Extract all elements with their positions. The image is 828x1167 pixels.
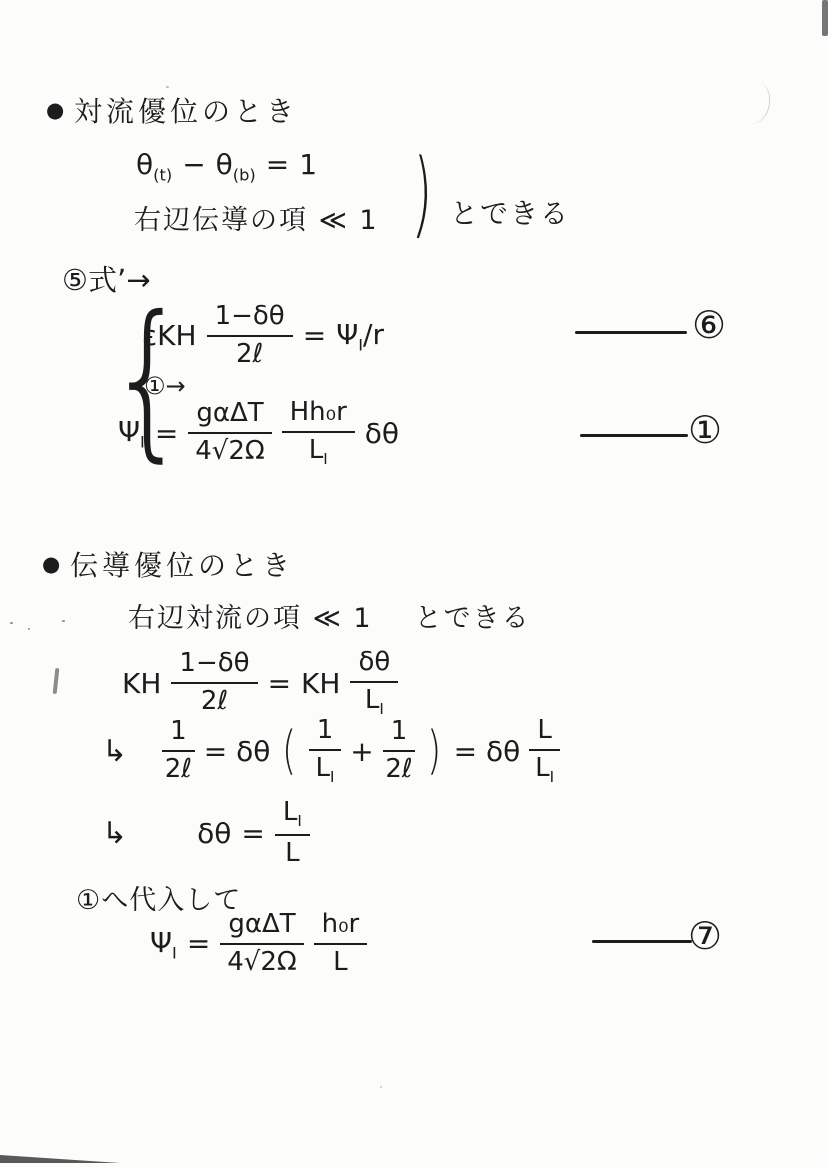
eq1-frac2-den-main: L <box>309 435 324 465</box>
step1-equals-1: = <box>204 735 227 768</box>
ref-dash-7 <box>592 940 692 943</box>
balance-rhs-coef: KH <box>301 667 340 700</box>
group-paren: ) <box>411 139 434 250</box>
step1-fraction-3: 1 2ℓ <box>383 717 416 785</box>
bullet-conduction: ● <box>42 552 60 576</box>
balance-lhs-den: 2ℓ <box>201 684 228 717</box>
step2-num-main: L <box>283 797 298 827</box>
conduction-assumption: 右辺対流の項 ≪ 1 <box>128 596 373 635</box>
scan-speck <box>62 620 65 622</box>
step1-f1-num: 1 <box>162 717 195 752</box>
conduction-assumption-line: 右辺対流の項 ≪ 1 とできる <box>128 596 531 635</box>
handwritten-note-page: ● 対流優位のとき θ(t)−θ(b)=1 右辺伝導の項 ≪ 1 ) とできる … <box>0 0 828 1167</box>
eq1-frac2-num: Hh₀r <box>282 398 355 433</box>
balance-lhs-fraction: 1−δθ 2ℓ <box>171 649 257 717</box>
step1-fraction-1: 1 2ℓ <box>162 717 195 785</box>
equation-1: ΨI = gαΔT 4√2Ω Hh₀r LI δθ <box>118 398 399 468</box>
psi-symbol: Ψ <box>336 318 358 351</box>
step1-equals-2: = <box>454 735 477 768</box>
eq6-equals: = <box>303 319 326 352</box>
minus-sign: − <box>182 148 205 181</box>
step1-fraction-2: 1 LI <box>309 716 342 786</box>
equation-6: εKH 1−δθ 2ℓ = ΨI/r <box>142 302 384 370</box>
close-paren: ) <box>427 721 441 781</box>
ref-number-7: ⑦ <box>688 914 722 958</box>
eq1-frac2-den: LI <box>309 433 328 469</box>
eq1-fraction-2: Hh₀r LI <box>282 398 355 468</box>
step1-coef-2: δθ <box>486 735 520 768</box>
step1-f4-den: LI <box>535 751 554 787</box>
scan-artifact-curve <box>741 80 774 126</box>
theta-bottom: θ <box>216 148 233 181</box>
eq6-psi-term: ΨI/r <box>336 318 384 355</box>
ref-number-1: ① <box>688 408 722 452</box>
eq1-frac1-den: 4√2Ω <box>195 434 265 467</box>
step1-f4-den-sub: I <box>550 768 554 786</box>
theta-top: θ <box>136 148 153 181</box>
derivation-step-2: ↳ δθ = LI L <box>102 798 310 868</box>
value-one: 1 <box>299 148 317 181</box>
step2-num-sub: I <box>297 812 301 830</box>
psi-symbol: Ψ <box>118 415 140 448</box>
step2-fraction: LI L <box>275 798 310 868</box>
step1-f4-num: L <box>529 716 560 751</box>
balance-lhs-coef: KH <box>122 667 161 700</box>
heading-conduction: 伝導優位のとき <box>70 544 294 584</box>
eq6-numerator: 1−δθ <box>207 302 293 337</box>
eq7-frac2-num: h₀r <box>314 910 368 945</box>
open-paren: ( <box>282 721 296 781</box>
heading-convection: 対流優位のとき <box>74 90 298 130</box>
step2-den: L <box>285 836 300 869</box>
from-eq1-label: ①→ <box>144 372 186 400</box>
balance-lhs-num: 1−δθ <box>171 649 257 684</box>
eq6-fraction: 1−δθ 2ℓ <box>207 302 293 370</box>
bullet-convection: ● <box>46 98 64 122</box>
eq7-psi-term: ΨI <box>150 926 177 963</box>
balance-equation: KH 1−δθ 2ℓ = KH δθ LI <box>122 648 398 718</box>
conduction-note: とできる <box>415 596 531 635</box>
step1-f3-num: 1 <box>383 717 416 752</box>
theta-top-sub: (t) <box>153 166 172 185</box>
equation-7: ΨI = gαΔT 4√2Ω h₀r L <box>150 910 367 978</box>
eq1-psi-term: ΨI <box>118 415 145 452</box>
corner-arrow-icon: ↳ <box>102 734 127 769</box>
assumption-line-2: 右辺伝導の項 ≪ 1 <box>134 198 379 237</box>
ref-dash-6 <box>575 331 687 334</box>
balance-rhs-den-main: L <box>365 685 380 715</box>
eq6-per-r: /r <box>363 318 384 351</box>
scan-speck <box>380 1086 382 1088</box>
scan-speck <box>10 622 13 624</box>
balance-rhs-num: δθ <box>350 648 398 683</box>
corner-arrow-icon: ↳ <box>102 816 127 851</box>
psi-symbol: Ψ <box>150 926 172 959</box>
eq7-fraction-1: gαΔT 4√2Ω <box>220 910 303 978</box>
eq1-fraction-1: gαΔT 4√2Ω <box>188 399 271 467</box>
derivation-step-1: ↳ 1 2ℓ = δθ ( 1 LI + 1 2ℓ ) = δθ L LI <box>102 716 560 786</box>
eq7-equals: = <box>187 927 210 960</box>
step1-f2-den: LI <box>316 751 335 787</box>
psi-subscript: I <box>140 433 145 452</box>
step1-f3-den: 2ℓ <box>385 752 412 785</box>
ref-number-6: ⑥ <box>692 303 726 347</box>
step1-coef-1: δθ <box>236 735 270 768</box>
eq7-fraction-2: h₀r L <box>314 910 368 978</box>
balance-rhs-den: LI <box>365 683 384 719</box>
psi-subscript: I <box>172 943 177 962</box>
ref-dash-1 <box>580 434 688 437</box>
eq1-equals: = <box>155 417 178 450</box>
step1-plus: + <box>350 735 373 768</box>
eq6-denominator: 2ℓ <box>236 337 263 370</box>
theta-bottom-sub: (b) <box>233 166 256 185</box>
step1-f1-den: 2ℓ <box>165 752 192 785</box>
step2-lhs: δθ <box>197 817 231 850</box>
scan-artifact-edge-strip <box>822 0 828 36</box>
eq6-prefix: εKH <box>142 319 197 352</box>
eq7-frac1-den: 4√2Ω <box>227 945 297 978</box>
step1-f2-den-main: L <box>316 753 331 783</box>
scan-artifact-smudge <box>53 668 60 694</box>
step1-f4-den-main: L <box>535 753 550 783</box>
balance-equals: = <box>268 667 291 700</box>
eq7-frac2-den: L <box>333 945 348 978</box>
step2-num: LI <box>275 798 310 836</box>
scan-artifact-corner-wedge <box>0 1155 120 1163</box>
step2-equals: = <box>241 817 264 850</box>
scan-speck <box>28 628 30 630</box>
balance-rhs-fraction: δθ LI <box>350 648 398 718</box>
eq7-frac1-num: gαΔT <box>220 910 303 945</box>
eq1-tail: δθ <box>365 417 399 450</box>
step1-fraction-4: L LI <box>529 716 560 786</box>
note-tekiru: とできる <box>450 192 570 232</box>
eq1-frac1-num: gαΔT <box>188 399 271 434</box>
assumption-line-1: θ(t)−θ(b)=1 <box>136 148 317 185</box>
eq1-frac2-den-sub: I <box>323 450 327 468</box>
scan-speck <box>166 86 169 88</box>
step1-f2-num: 1 <box>309 716 342 751</box>
step1-f2-den-sub: I <box>330 768 334 786</box>
equals-sign: = <box>266 148 289 181</box>
